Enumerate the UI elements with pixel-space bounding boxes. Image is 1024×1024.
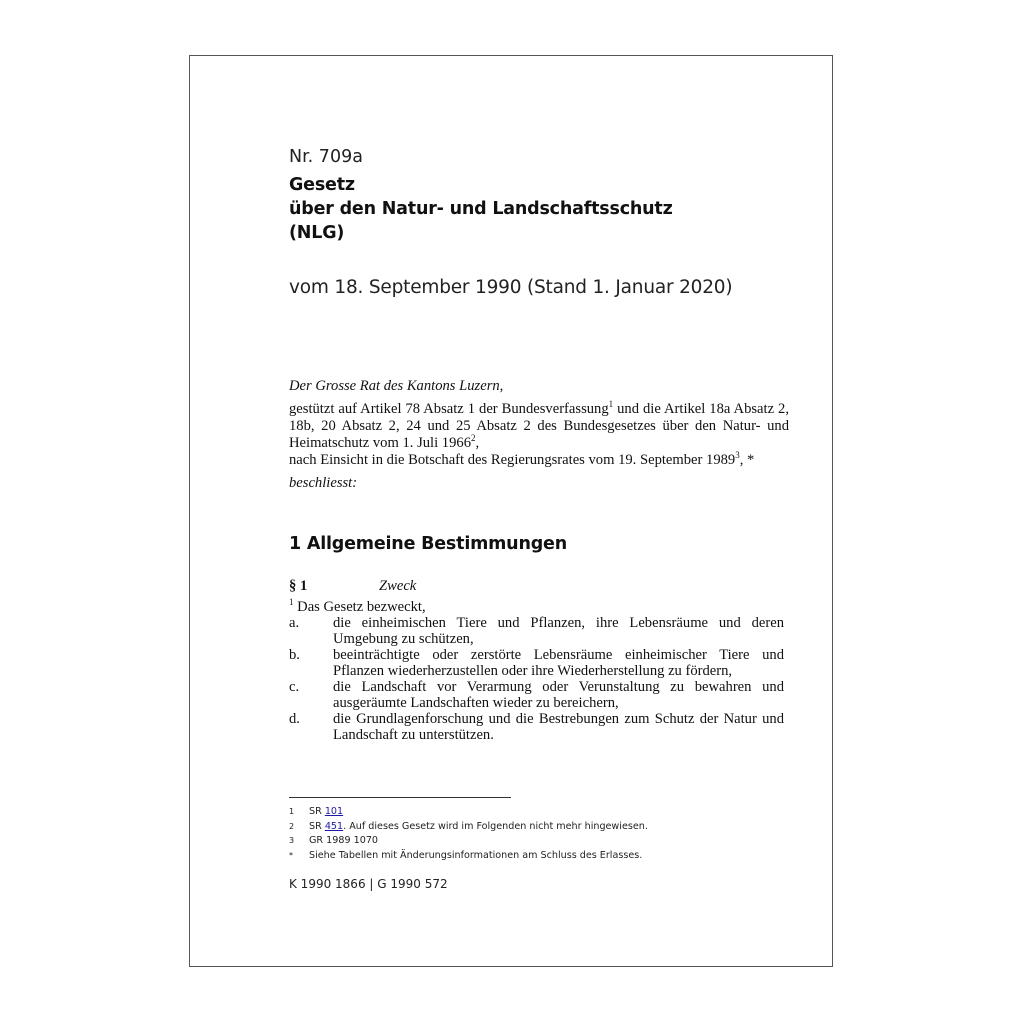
footnotes: 1SR 101 2SR 451. Auf dieses Gesetz wird … bbox=[289, 805, 648, 863]
chapter-title: 1 Allgemeine Bestimmungen bbox=[289, 534, 567, 554]
list-item: c.die Landschaft vor Verarmung oder Veru… bbox=[289, 679, 784, 711]
law-date: vom 18. September 1990 (Stand 1. Januar … bbox=[289, 277, 732, 298]
footnote: 2SR 451. Auf dieses Gesetz wird im Folge… bbox=[289, 820, 648, 835]
law-number: Nr. 709a bbox=[289, 147, 363, 167]
footnote-link[interactable]: 451 bbox=[325, 821, 343, 832]
section-heading: § 1Zweck bbox=[289, 578, 789, 595]
preamble-insight: nach Einsicht in die Botschaft des Regie… bbox=[289, 452, 789, 469]
title-line: Gesetz bbox=[289, 173, 673, 197]
preamble-council: Der Grosse Rat des Kantons Luzern, bbox=[289, 378, 789, 395]
preamble-basis: gestützt auf Artikel 78 Absatz 1 der Bun… bbox=[289, 401, 789, 452]
law-title: Gesetz über den Natur- und Landschaftssc… bbox=[289, 173, 673, 245]
publication-reference: K 1990 1866 | G 1990 572 bbox=[289, 877, 448, 891]
section-body: 1 Das Gesetz bezweckt, a.die einheimisch… bbox=[289, 599, 784, 743]
footnote: 3GR 1989 1070 bbox=[289, 834, 648, 849]
title-line: über den Natur- und Landschaftsschutz bbox=[289, 197, 673, 221]
title-line: (NLG) bbox=[289, 221, 673, 245]
preamble: Der Grosse Rat des Kantons Luzern, gestü… bbox=[289, 378, 789, 492]
list-item: d.die Grundlagenforschung und die Bestre… bbox=[289, 711, 784, 743]
list-item: a.die einheimischen Tiere und Pflanzen, … bbox=[289, 615, 784, 647]
list-item: b.beeinträchtigte oder zerstörte Lebensr… bbox=[289, 647, 784, 679]
preamble-conclusion: beschliesst: bbox=[289, 475, 789, 492]
document-page: Nr. 709a Gesetz über den Natur- und Land… bbox=[189, 55, 833, 967]
section-lead: 1 Das Gesetz bezweckt, bbox=[289, 599, 784, 615]
footnote-link[interactable]: 101 bbox=[325, 806, 343, 817]
section-subject: Zweck bbox=[379, 578, 416, 594]
section-number: § 1 bbox=[289, 578, 379, 595]
footnote: 1SR 101 bbox=[289, 805, 648, 820]
footnote: *Siehe Tabellen mit Änderungsinformation… bbox=[289, 849, 648, 864]
footnote-divider bbox=[289, 797, 511, 798]
